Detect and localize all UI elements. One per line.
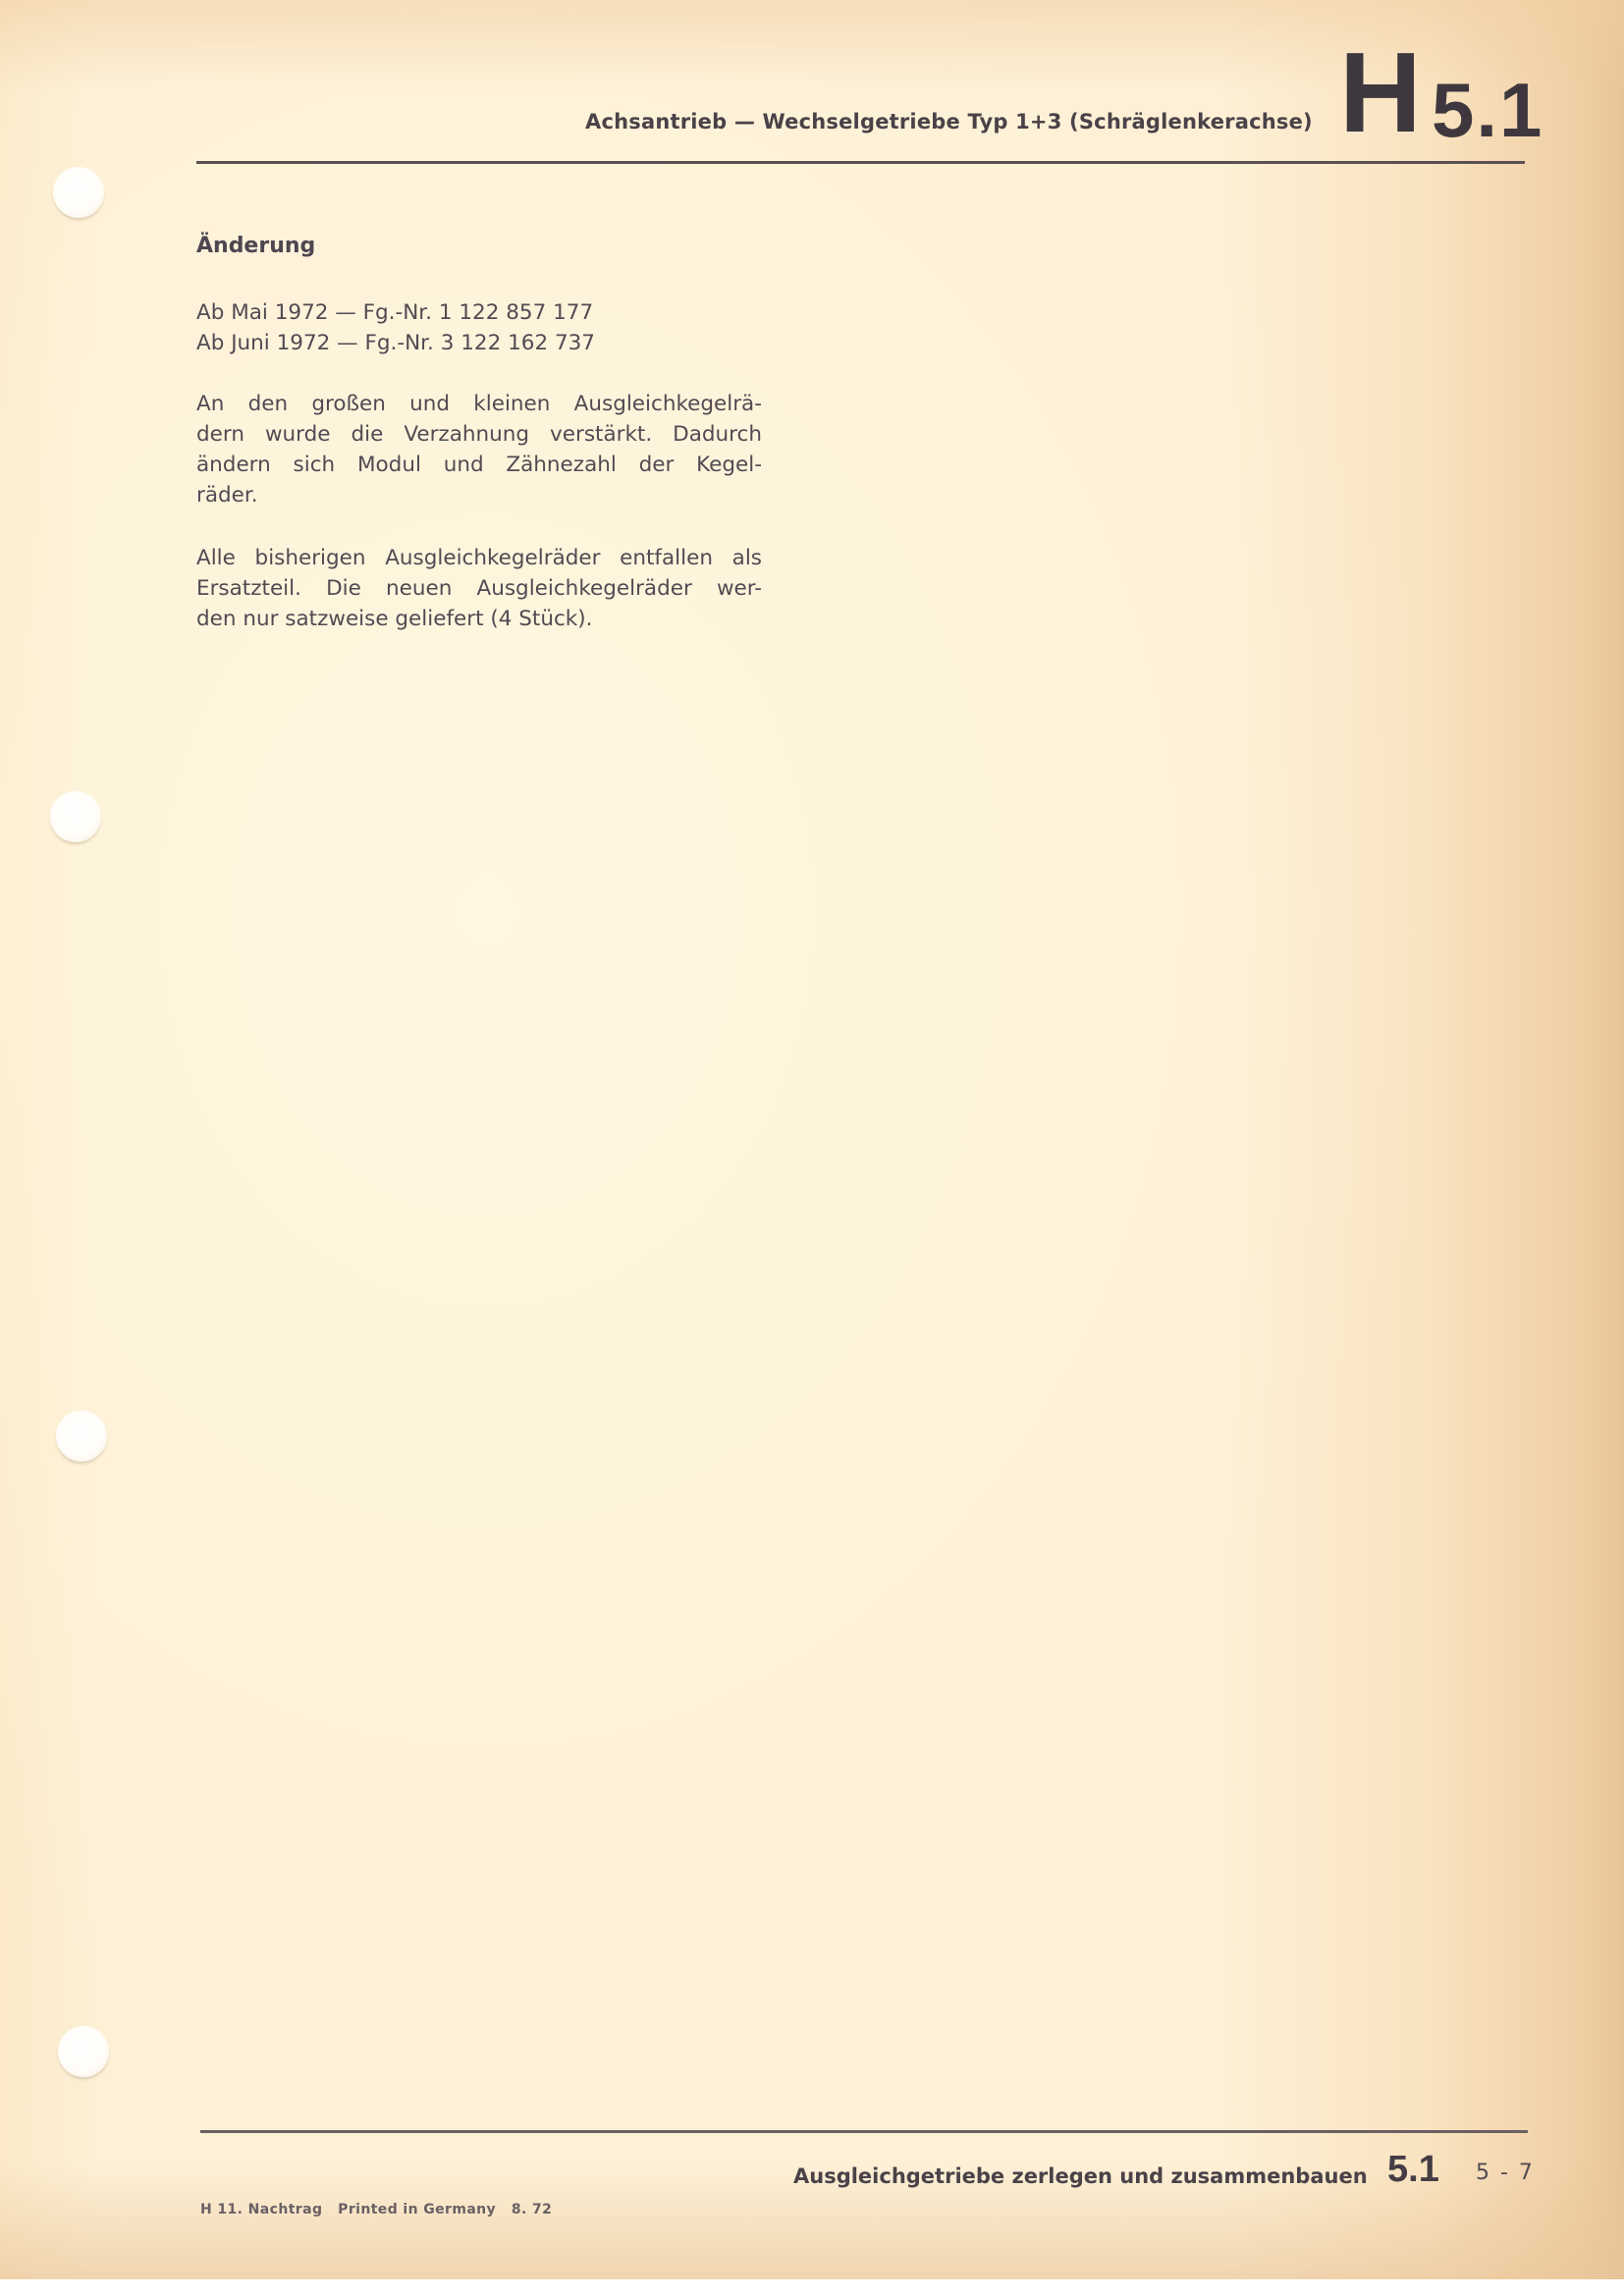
imprint-line: H 11. Nachtrag Printed in Germany 8. 72 — [200, 2202, 552, 2217]
paragraph-spare-parts-note: Alle bisherigen Ausgleichkegelräder entf… — [196, 543, 762, 634]
punch-hole — [58, 2026, 109, 2077]
footer-section-number: 5.1 — [1387, 2151, 1439, 2188]
paragraph-line: den nur satzweise geliefert (4 Stück). — [196, 604, 762, 634]
paragraph-line: ändern sich Modul und Zähnezahl der Kege… — [196, 450, 762, 480]
footer-title: Ausgleichgetriebe zerlegen und zusammenb… — [793, 2164, 1368, 2188]
section-heading: Änderung — [196, 234, 315, 258]
punch-hole — [56, 1411, 107, 1462]
chassis-number-line: Ab Juni 1972 — Fg.-Nr. 3 122 162 737 — [196, 328, 762, 358]
punch-hole — [50, 791, 101, 842]
section-number: 5.1 — [1432, 72, 1543, 148]
paragraph-line: Alle bisherigen Ausgleichkegelräder entf… — [196, 543, 762, 573]
header-rule — [196, 161, 1525, 164]
chassis-number-list: Ab Mai 1972 — Fg.-Nr. 1 122 857 177 Ab J… — [196, 297, 762, 358]
punch-hole — [53, 167, 104, 218]
page-number: 5 - 7 — [1476, 2163, 1535, 2184]
paragraph-line: räder. — [196, 480, 762, 510]
chassis-number-line: Ab Mai 1972 — Fg.-Nr. 1 122 857 177 — [196, 297, 762, 328]
paragraph-change-description: An den großen und kleinen Ausgleichkegel… — [196, 389, 762, 510]
group-letter: H — [1339, 35, 1422, 149]
footer-rule — [200, 2130, 1528, 2133]
paragraph-line: dern wurde die Verzahnung verstärkt. Dad… — [196, 419, 762, 450]
page-header-title: Achsantrieb — Wechselgetriebe Typ 1+3 (S… — [585, 110, 1313, 133]
paragraph-line: Ersatzteil. Die neuen Ausgleichkegelräde… — [196, 573, 762, 604]
paragraph-line: An den großen und kleinen Ausgleichkegel… — [196, 389, 762, 419]
